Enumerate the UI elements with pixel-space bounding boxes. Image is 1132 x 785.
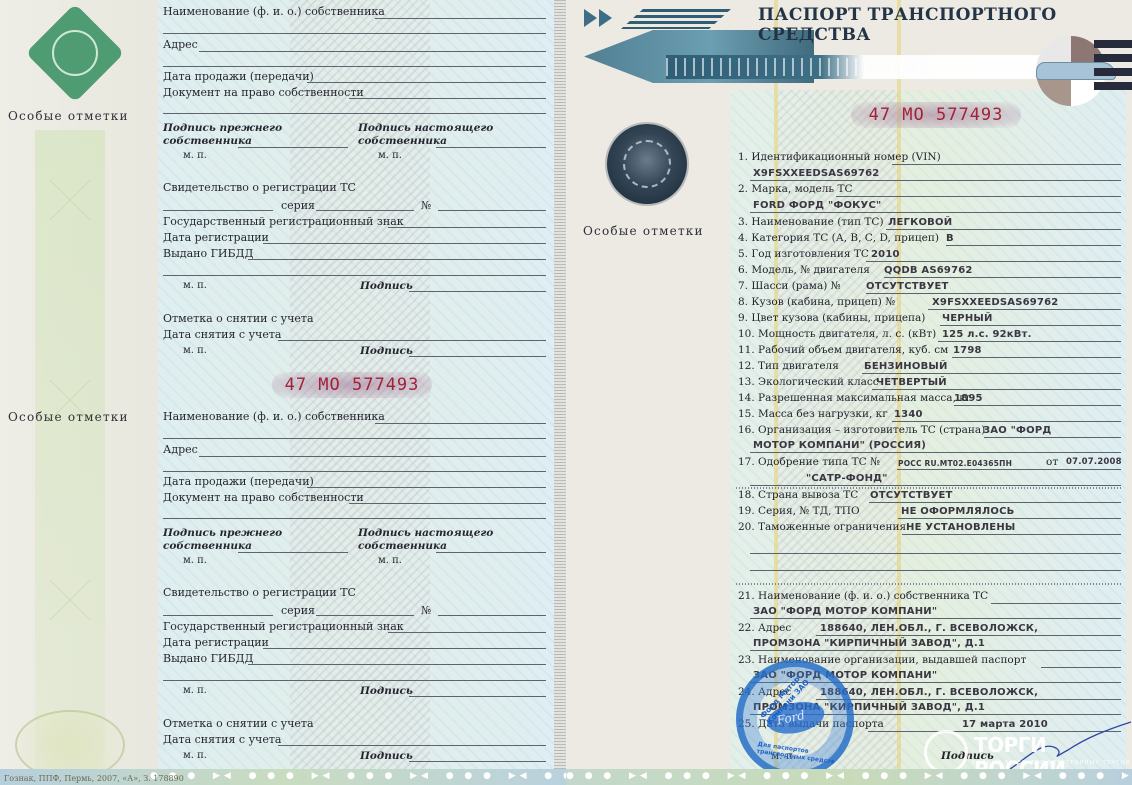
bottom-security-strip: ● ● ● ▶◀ ● ● ● ▶◀ ● ● ● ▶◀ ● ● ● ▶◀ ● ● …	[566, 769, 1132, 785]
deregistration-date-field[interactable]	[278, 340, 546, 341]
field-24-value: 188640, ЛЕН.ОБЛ., Г. ВСЕВОЛОЖСК,	[820, 687, 1038, 698]
field-6-line[interactable]	[884, 277, 1121, 278]
curr-owner-signature-field[interactable]	[436, 147, 546, 148]
field-19-line[interactable]	[898, 518, 1121, 519]
field-18-label: 18. Страна вывоза ТС	[738, 489, 858, 501]
number-field[interactable]	[438, 210, 546, 211]
series-label: серия	[281, 604, 315, 617]
field-21-line[interactable]	[991, 603, 1121, 604]
field-5-value: 2010	[871, 249, 900, 260]
sale-date-field[interactable]	[307, 487, 546, 488]
stamp-bottom-text: Для паспортов транспортных средств	[756, 741, 855, 769]
field-8-label: 8. Кузов (кабина, прицеп) №	[738, 296, 895, 308]
ownership-doc-field-cont[interactable]	[163, 518, 546, 519]
sale-date-field[interactable]	[307, 82, 546, 83]
field-10-label: 10. Мощность двигателя, л. с. (кВт)	[738, 328, 936, 340]
owner-name-label: Наименование (ф. и. о.) собственника	[163, 410, 385, 423]
field-18-line[interactable]	[869, 502, 1121, 503]
field-19-label: 19. Серия, № ТД, ТПО	[738, 505, 860, 517]
field-9-line[interactable]	[940, 325, 1121, 326]
serial-number: 47 МО 577493	[851, 102, 1021, 128]
field-12-line[interactable]	[862, 373, 1121, 374]
field-4-line[interactable]	[946, 245, 1121, 246]
special-notes-label: Особые отметки	[8, 109, 129, 123]
field-22-value: 188640, ЛЕН.ОБЛ., Г. ВСЕВОЛОЖСК,	[820, 623, 1038, 634]
field-21-line-cont[interactable]	[750, 618, 1121, 619]
field-13-value: ЧЕТВЕРТЫЙ	[876, 377, 947, 388]
curr-owner-signature-label: собственника	[358, 540, 447, 552]
field-20-label: 20. Таможенные ограничения	[738, 521, 906, 533]
sale-date-label: Дата продажи (передачи)	[163, 70, 314, 83]
field-17-value-cont: "САТР-ФОНД"	[806, 473, 888, 484]
prev-owner-signature-label: собственника	[163, 540, 252, 552]
field-11-label: 11. Рабочий объем двигателя, куб. см	[738, 344, 948, 356]
signature-field[interactable]	[409, 761, 546, 762]
number-label: №	[421, 604, 431, 617]
plate-label: Государственный регистрационный знак	[163, 215, 404, 228]
seal-label: м. п.	[183, 685, 207, 696]
deregistration-date-field[interactable]	[278, 745, 546, 746]
chevron-ornament	[35, 180, 105, 220]
address-label: Адрес	[163, 443, 198, 456]
field-2-line-cont[interactable]	[750, 212, 1121, 213]
issued-by-field[interactable]	[248, 664, 546, 665]
watermark-subtitle: ЕДИНЫЙ АГРЕГАТОР ЭЛЕКТРОННЫХ ТОРГОВ	[972, 760, 1130, 766]
field-17-label: 17. Одобрение типа ТС №	[738, 456, 880, 468]
owner-name-field[interactable]	[375, 18, 546, 19]
field-16-label: 16. Организация – изготовитель ТС (стран…	[738, 424, 985, 436]
field-21-label: 21. Наименование (ф. и. о.) собственника…	[738, 590, 988, 602]
field-5-line[interactable]	[866, 261, 1121, 262]
prev-owner-signature-label: Подпись прежнего	[163, 527, 282, 539]
field-17-date-value: 07.07.2008	[1066, 457, 1122, 467]
field-20-line[interactable]	[902, 534, 1121, 535]
field-22-label: 22. Адрес	[738, 622, 791, 634]
signature-label: Подпись	[360, 280, 413, 292]
field-6-label: 6. Модель, № двигателя	[738, 264, 870, 276]
owner-name-field-cont[interactable]	[163, 33, 546, 34]
field-17-date-label: от	[1046, 456, 1058, 468]
field-18-value: ОТСУТСТВУЕТ	[870, 490, 953, 501]
address-field[interactable]	[199, 51, 546, 52]
signature-label: Подпись	[360, 345, 413, 357]
field-9-label: 9. Цвет кузова (кабины, прицепа)	[738, 312, 925, 324]
field-13-line[interactable]	[872, 389, 1121, 390]
ownership-doc-field[interactable]	[349, 98, 546, 99]
field-1-value-cont: X9FSXXEEDSAS69762	[753, 168, 879, 179]
series-label: серия	[281, 199, 315, 212]
number-field[interactable]	[438, 615, 546, 616]
prev-owner-signature-field[interactable]	[238, 552, 348, 553]
reg-cert-field[interactable]	[163, 615, 273, 616]
address-field-cont[interactable]	[163, 66, 546, 67]
reg-date-label: Дата регистрации	[163, 231, 269, 244]
section-divider	[736, 487, 1121, 489]
curr-owner-signature-label: собственника	[358, 135, 447, 147]
ownership-doc-field-cont[interactable]	[163, 113, 546, 114]
seal-label: м. п.	[378, 555, 402, 566]
signature-field[interactable]	[409, 696, 546, 697]
field-2-label: 2. Марка, модель ТС	[738, 183, 853, 195]
torgi-logo-icon	[924, 730, 968, 774]
page-edge	[554, 0, 566, 785]
field-14-value: 1895	[954, 393, 983, 404]
field-4-value: В	[946, 233, 954, 244]
field-5-label: 5. Год изготовления ТС	[738, 248, 869, 260]
stripes-ornament	[621, 9, 731, 29]
customs-field-cont[interactable]	[750, 570, 1121, 571]
security-band	[35, 130, 105, 770]
seal-label: м. п.	[183, 555, 207, 566]
issued-by-label: Выдано ГИБДД	[163, 247, 253, 260]
plate-field[interactable]	[388, 227, 546, 228]
field-23-line[interactable]	[1041, 667, 1121, 668]
field-1-line-cont[interactable]	[750, 180, 1121, 181]
field-3-line[interactable]	[886, 229, 1121, 230]
field-15-line[interactable]	[892, 421, 1121, 422]
field-10-line[interactable]	[938, 341, 1121, 342]
field-9-value: ЧЕРНЫЙ	[942, 313, 993, 324]
field-15-label: 15. Масса без нагрузки, кг	[738, 408, 888, 420]
field-2-value-cont: FORD ФОРД "ФОКУС"	[753, 200, 881, 211]
field-10-value: 125 л.с. 92кВт.	[942, 329, 1032, 340]
deregistration-label: Отметка о снятии с учета	[163, 717, 314, 730]
field-21-value-cont: ЗАО "ФОРД МОТОР КОМПАНИ"	[753, 606, 937, 617]
field-12-value: БЕНЗИНОВЫЙ	[864, 361, 948, 372]
ownership-doc-field[interactable]	[349, 503, 546, 504]
special-notes-label: Особые отметки	[8, 410, 129, 424]
field-12-label: 12. Тип двигателя	[738, 360, 839, 372]
field-22-line[interactable]	[816, 635, 1121, 636]
prev-owner-signature-label: собственника	[163, 135, 252, 147]
printer-note: Гознак, ППФ, Пермь, 2007, «А», З. 178890	[4, 774, 184, 783]
field-22-value-cont: ПРОМЗОНА "КИРПИЧНЫЙ ЗАВОД", Д.1	[753, 638, 985, 649]
field-8-line[interactable]	[928, 309, 1121, 310]
arrows-logo-icon	[584, 9, 614, 27]
deregistration-label: Отметка о снятии с учета	[163, 312, 314, 325]
reg-cert-label: Свидетельство о регистрации ТС	[163, 586, 356, 599]
reg-date-field[interactable]	[263, 243, 546, 244]
stripes-ornament	[1094, 40, 1132, 95]
seal-label: м. п.	[183, 150, 207, 161]
deregistration-date-label: Дата снятия с учета	[163, 733, 281, 746]
field-7-line[interactable]	[866, 293, 1121, 294]
seal-label: м. п.	[183, 345, 207, 356]
ownership-doc-label: Документ на право собственности	[163, 86, 364, 99]
owner-name-label: Наименование (ф. и. о.) собственника	[163, 5, 385, 18]
field-7-label: 7. Шасси (рама) №	[738, 280, 841, 292]
field-7-value: ОТСУТСТВУЕТ	[866, 281, 949, 292]
field-22-line-cont[interactable]	[750, 650, 1121, 651]
hologram-seal-icon	[607, 124, 687, 204]
series-field[interactable]	[316, 210, 414, 211]
issued-by-field-cont[interactable]	[163, 680, 546, 681]
series-field[interactable]	[316, 615, 414, 616]
signature-label: Подпись	[360, 750, 413, 762]
right-page: ПАСПОРТ ТРАНСПОРТНОГО СРЕДСТВА 47 МО 577…	[566, 0, 1132, 785]
field-20-value: НЕ УСТАНОВЛЕНЫ	[906, 522, 1015, 533]
reg-date-field[interactable]	[263, 648, 546, 649]
issued-by-field-cont[interactable]	[163, 275, 546, 276]
field-16-line-cont[interactable]	[750, 452, 1121, 453]
field-3-label: 3. Наименование (тип ТС)	[738, 216, 884, 228]
number-label: №	[421, 199, 431, 212]
field-1-line[interactable]	[892, 164, 1121, 165]
prev-owner-signature-label: Подпись прежнего	[163, 122, 282, 134]
field-6-value: QQDB AS69762	[884, 265, 973, 276]
reg-cert-field[interactable]	[163, 210, 273, 211]
field-17-line-cont[interactable]	[750, 485, 1121, 486]
field-8-value: X9FSXXEEDSAS69762	[932, 297, 1058, 308]
field-19-value: НЕ ОФОРМЛЯЛОСЬ	[901, 506, 1014, 517]
field-3-value: ЛЕГКОВОЙ	[888, 217, 952, 228]
field-15-value: 1340	[894, 409, 923, 420]
address-field[interactable]	[199, 456, 546, 457]
field-17-value: РОСС RU.МТ02.Е04365ПН	[898, 459, 1012, 468]
curr-owner-signature-label: Подпись настоящего	[358, 122, 493, 134]
chevron-ornament	[35, 580, 105, 620]
prev-owner-signature-field[interactable]	[238, 147, 348, 148]
left-page: Особые отметки Особые отметки Наименован…	[0, 0, 566, 785]
signature-label: Подпись	[360, 685, 413, 697]
field-16-line[interactable]	[984, 437, 1121, 438]
deregistration-date-label: Дата снятия с учета	[163, 328, 281, 341]
curr-owner-signature-label: Подпись настоящего	[358, 527, 493, 539]
customs-field-cont[interactable]	[750, 553, 1121, 554]
sale-date-label: Дата продажи (передачи)	[163, 475, 314, 488]
field-16-value-cont: МОТОР КОМПАНИ" (РОССИЯ)	[753, 440, 926, 451]
field-14-label: 14. Разрешенная максимальная масса, кг	[738, 392, 971, 404]
signature-field[interactable]	[409, 291, 546, 292]
field-11-line[interactable]	[952, 357, 1121, 358]
seal-label: м. п.	[183, 280, 207, 291]
field-2-line[interactable]	[836, 196, 1121, 197]
field-1-label: 1. Идентификационный номер (VIN)	[738, 151, 941, 163]
special-notes-label: Особые отметки	[583, 224, 704, 238]
signature-field[interactable]	[409, 356, 546, 357]
seal-label: м. п.	[183, 750, 207, 761]
section-divider	[736, 583, 1121, 585]
field-16-value: ЗАО "ФОРД	[983, 425, 1052, 436]
reg-date-label: Дата регистрации	[163, 636, 269, 649]
serial-number: 47 МО 577493	[272, 372, 432, 398]
seal-label: м. п.	[378, 150, 402, 161]
field-13-label: 13. Экологический класс	[738, 376, 879, 388]
issued-by-label: Выдано ГИБДД	[163, 652, 253, 665]
plate-label: Государственный регистрационный знак	[163, 620, 404, 633]
field-14-line[interactable]	[954, 405, 1121, 406]
issued-by-field[interactable]	[248, 259, 546, 260]
owner-name-field-cont[interactable]	[163, 438, 546, 439]
field-4-label: 4. Категория ТС (А, В, С, D, прицеп)	[738, 232, 939, 244]
field-24-line[interactable]	[816, 699, 1121, 700]
address-field-cont[interactable]	[163, 471, 546, 472]
reg-cert-label: Свидетельство о регистрации ТС	[163, 181, 356, 194]
field-17-line[interactable]	[897, 469, 1121, 470]
field-11-value: 1798	[953, 345, 982, 356]
plate-field[interactable]	[388, 632, 546, 633]
owner-name-field[interactable]	[375, 423, 546, 424]
ownership-doc-label: Документ на право собственности	[163, 491, 364, 504]
curr-owner-signature-field[interactable]	[436, 552, 546, 553]
document-title: ПАСПОРТ ТРАНСПОРТНОГО СРЕДСТВА	[758, 5, 1132, 45]
address-label: Адрес	[163, 38, 198, 51]
